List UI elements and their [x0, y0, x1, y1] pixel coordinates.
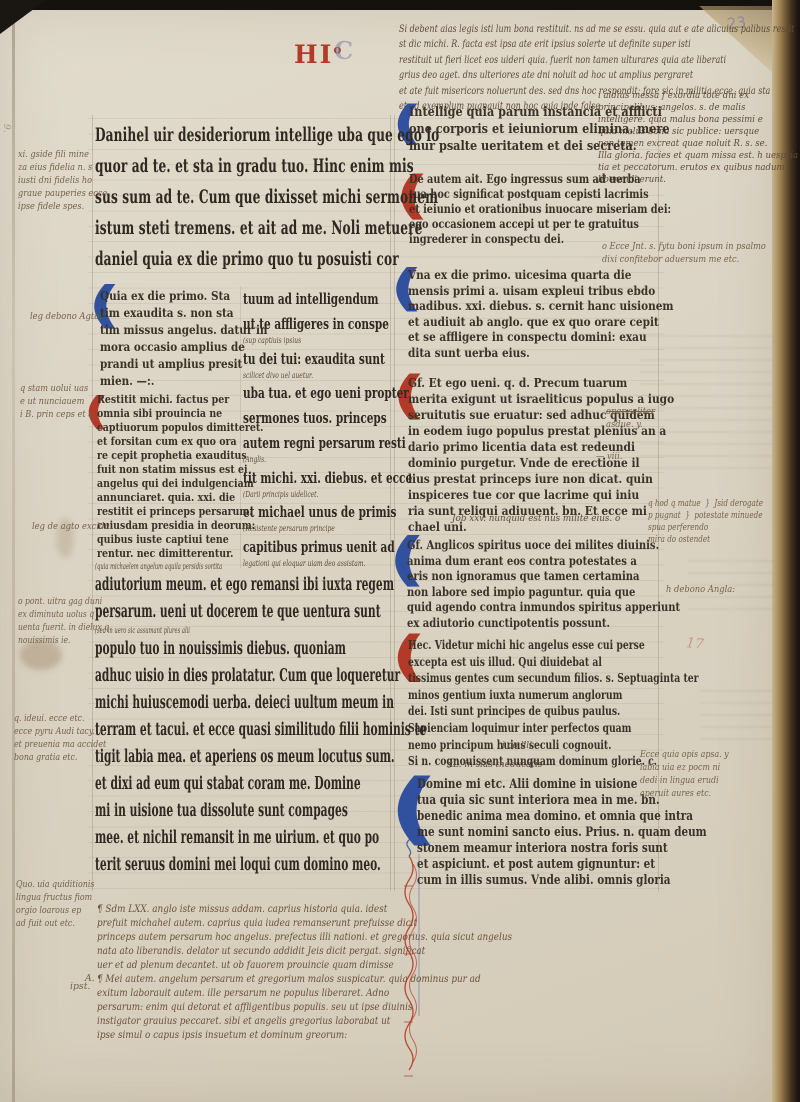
text-line: o pont. uitra gag duni [18, 595, 89, 608]
text-line: ipse fidele spes. [18, 200, 87, 213]
text-line: et ieiunio et orationibus inuocare miser… [409, 202, 613, 217]
text-line: ex adiutorio cunctipotentis possunt. [407, 615, 612, 631]
bible-subcolumn: tuum ad intelligendumut te affligeres in… [243, 287, 390, 569]
text-line: anima dum erant eos contra potestates a [407, 553, 612, 569]
text-line: ingrederer in conspectu dei. [409, 232, 613, 247]
faint-red-mark: 17 [685, 635, 704, 653]
text-line: omnia sibi prouincia ne [97, 406, 218, 420]
text-line: prefuit michahel autem. caprius quia iud… [97, 917, 385, 931]
left-margin-note: o pont. uitra gag duniex diminuta uolus … [18, 595, 104, 647]
text-line: ecce pyru Audi tacy. [14, 725, 87, 738]
text-line: Domine mi etc. Alii domine in uisione [417, 777, 617, 793]
right-margin-note: oper saliterasdue. y. [606, 405, 696, 431]
text-line: mee. et nichil remansit in me uirium. et… [95, 825, 276, 852]
interlinear-gloss: i co illi [502, 741, 532, 751]
text-line: uer et ad plenum decantet. ut ob fauorem… [97, 959, 385, 973]
bottom-gloss-block: ¶ Sdm LXX. anglo iste missus addam. capr… [97, 903, 417, 1043]
spine-fold-shadow [12, 8, 15, 1102]
text-line: one corporis et ieiuniorum elimina. mere [409, 121, 633, 138]
left-margin-note: leg debono Agto. [30, 310, 110, 323]
text-line: (sup captiuis ipsius [243, 337, 346, 347]
left-margin-note: q stam uolui uase ut nunciauemi B. prin … [20, 382, 100, 421]
text-line: in eodem iugo populus prestat plenius an… [408, 423, 625, 439]
text-line: capitibus primus uenit ad [243, 535, 346, 560]
text-line: De autem ait. Ego ingressus sum ad uerba [409, 172, 613, 187]
text-line: non labore sed impio paguntur. quia que [407, 584, 612, 600]
text-line: terram et tacui. et ecce quasi similitud… [95, 717, 276, 744]
text-line: uenta fuerit. in dielux q [18, 621, 89, 634]
commentary-quia-ex-die: Quia ex die primo. Statim exaudita s. no… [100, 288, 240, 390]
text-line: mien. —:. [100, 373, 222, 390]
text-line: et audiuit ab anglo. que ex quo orare ce… [408, 314, 622, 330]
text-line: annunciaret. quia. xxi. die [97, 490, 218, 504]
text-line: — viii. [596, 450, 650, 463]
text-line: dita sunt uerba eius. [408, 345, 622, 361]
text-line: angelus qui dei indulgenciam [97, 476, 218, 490]
text-line: ipse simul o capus ipsis insuetum et dom… [97, 1029, 385, 1043]
text-line: Quo. uia quiditionis [16, 878, 89, 891]
spine-edge-mark: 9. [1, 124, 11, 133]
text-line: re cepit prophetia exauditus [97, 448, 218, 462]
text-line: me sunt nomini sancto eius. Prius. n. qu… [417, 825, 617, 841]
text-line: quibus iuste captiui tene [97, 532, 218, 546]
text-line: Restitit michi. factus per [97, 392, 218, 406]
text-line: exitum laborauit autem. ille persarum ne… [97, 987, 385, 1001]
text-line: quor ad te. et sta in gradu tuo. Hinc en… [95, 151, 283, 182]
text-line: Hec. Videtur michi hic angelus esse cui … [408, 637, 597, 654]
pen-flourish-line [399, 820, 425, 1094]
text-line: mora occasio amplius de [100, 339, 222, 356]
text-line: leg debono Agto. [30, 310, 102, 323]
text-line: (Darii principis uidelicet. [243, 491, 346, 501]
text-line: cum in illis sumus. Vnde alibi. omnis gl… [417, 873, 617, 889]
text-line: labia uia ez pocm ni [640, 761, 759, 774]
text-line: orgio loarous ep [16, 904, 89, 917]
text-line: benedic anima mea domino. et omnia que i… [417, 809, 617, 825]
text-line: dei. Isti sunt principes de quibus paulu… [408, 703, 597, 720]
scan-background-top-edge [0, 0, 800, 10]
text-line: persarum. ueni ut docerem te que uentura… [95, 599, 276, 626]
text-line: h debono Angla: [666, 583, 765, 596]
text-line: tim missus angelus. datur in [100, 322, 222, 339]
text-line: ex diminuta uolus q [18, 608, 89, 621]
text-line: Si debent aias legis isti lum bona resti… [399, 22, 691, 37]
ink-offset-mark: C [334, 36, 353, 65]
text-line: Sapienciam loquimur inter perfectos quam [408, 720, 597, 737]
manuscript-scan: { "page": { "folio_number": "23", "headi… [0, 0, 800, 1102]
commentary-domine: Domine mi etc. Alii domine in uisionetua… [417, 777, 667, 889]
text-line: bona gratia etc. [14, 751, 87, 764]
text-line: tit michi. xxi. diebus. et ecce [243, 466, 346, 491]
text-line: xi. gside fili mine [18, 148, 87, 161]
text-line: st dic michi. R. facta est ipsa ate erit… [399, 37, 691, 52]
text-line: Gf. Anglicos spiritus uoce dei milites d… [407, 537, 612, 553]
text-line: madibus. xxi. diebus. s. cernit hanc uis… [408, 298, 622, 314]
text-line: nouissimis ie. [18, 634, 89, 647]
text-line: michi huiuscemodi uerba. deieci uultum m… [95, 690, 276, 717]
text-line: q. ideui. ecce etc. [14, 712, 87, 725]
left-margin-note: q. ideui. ecce etc.ecce pyru Audi tacy.e… [14, 712, 100, 764]
text-line: merita exigunt ut israeliticus populus a… [408, 391, 625, 407]
text-line: aperuit aures etc. [640, 787, 759, 800]
text-line: tu dei tui: exaudita sunt [243, 347, 346, 372]
text-line: Gf. Et ego ueni. q. d. Precum tuarum [408, 375, 625, 391]
text-line: za eius fidelia n. s [18, 161, 87, 174]
text-line: et forsitan cum ex quo ora [97, 434, 218, 448]
interlinear-job-citation: Job xxv. nunquid est nus milite eius. o [452, 514, 620, 524]
right-margin-note: — viii. [596, 450, 656, 463]
text-line: Ecce quia opis apsa. y [640, 748, 759, 761]
text-line: persarum: enim qui detorat et affligenti… [97, 1001, 385, 1015]
text-line: fuit non statim missus est ei [97, 462, 218, 476]
text-line: e ut nunciauem [20, 395, 90, 408]
text-line: mi in uisione tua dissolute sunt compage… [95, 798, 276, 825]
text-line: mur psalte ueritatem et dei secreta. [409, 138, 633, 155]
text-line: et preuenia ma accidet [14, 738, 87, 751]
text-line: i aldius messa f exordia tote dni ex [598, 90, 760, 102]
text-line: dixi confitebor aduersum me etc. [602, 253, 753, 266]
text-line: tissimus gentes cum secundum filios. s. … [408, 670, 597, 687]
text-line: tuum ad intelligendum [243, 287, 346, 312]
text-line: tim exaudita s. non sta [100, 305, 222, 322]
text-line: autem regni persarum resti [243, 431, 346, 456]
text-line: asdue. y. [606, 418, 687, 431]
text-line: (Anglis. [243, 456, 346, 466]
text-line: restitit ei princeps persarum. [97, 504, 218, 518]
text-line: prandi ut amplius presit [100, 356, 222, 373]
text-line: Vna ex die primo. uicesima quarta die [408, 267, 622, 283]
text-line: q stam uolui uas [20, 382, 90, 395]
text-line: ad fuit out etc. [16, 917, 89, 930]
text-line: rentur. nec dimitterentur. [97, 546, 218, 560]
commentary-uidetur: Hec. Videtur michi hic angelus esse cui … [408, 637, 664, 770]
text-line: uba tua. et ego ueni propter [243, 381, 346, 406]
text-line: oper saliter [606, 405, 687, 418]
text-line: et dixi ad eum qui stabat coram me. Domi… [95, 771, 276, 798]
text-line: sermones tuos. princeps [243, 406, 346, 431]
left-margin-note: A. [85, 972, 115, 985]
commentary-anglicos: Gf. Anglicos spiritus uoce dei milites d… [407, 537, 663, 630]
right-margin-bracket-note: q hod q matue } Jsid derogatep pugnat } … [648, 498, 798, 546]
left-margin-note: leg de agto excidu. [32, 520, 112, 533]
text-line: restituit ut fieri licet eos uideri quia… [399, 53, 691, 68]
text-line: ego occasionem accepi ut per te gratuitu… [409, 217, 613, 232]
text-line: stonem meamur interiora nostra foris sun… [417, 841, 617, 857]
ink-bleedthrough [700, 690, 772, 744]
text-line: sus sum ad te. Cum que dixisset michi se… [95, 182, 283, 213]
text-line: ¶ Mei autem. angelum persarum et gregori… [97, 973, 385, 987]
text-line: captiuorum populos dimitteret. [97, 420, 218, 434]
text-line: mira do ostendet [648, 534, 771, 546]
text-line: (Resistente persarum principe [243, 525, 346, 535]
right-margin-note: o Ecce Jnt. s. fytu boni ipsum in psalmo… [602, 240, 774, 266]
text-line: dominio purgetur. Vnde de erectione il [408, 455, 625, 471]
text-line: lingua fructus fiom [16, 891, 89, 904]
text-line: Intellige quia parum instancia et afflic… [409, 104, 633, 121]
text-line: q hod q matue } Jsid derogate [648, 498, 771, 510]
commentary-restitit: Restitit michi. factus peromnia sibi pro… [97, 392, 245, 560]
text-line: adiutorium meum. et ego remansi ibi iuxt… [95, 572, 276, 599]
text-line: grius deo aget. dns ulteriores ate dni n… [399, 68, 691, 83]
text-line: leg de agto excidu. [32, 520, 104, 533]
text-line: inspiceres tue cor que lacrime qui iniu [408, 487, 625, 503]
interlinear-gloss: xL. in slas theducatis [448, 760, 542, 770]
text-line: terit seruus domini mei loqui cum domino… [95, 852, 276, 879]
text-line: excepta est uis illud. Qui diuidebat al [408, 654, 597, 671]
text-line: instigator grauius peccaret. sibi et ang… [97, 1015, 385, 1029]
bible-text-continued: (quia michaelem angelum aquila persidis … [95, 562, 391, 879]
text-line: mensis primi a. uisam expleui tribus ebd… [408, 283, 622, 299]
text-line: et aspiciunt. et post autem gignuntur: e… [417, 857, 617, 873]
text-line: Quia ex die primo. Sta [100, 288, 222, 305]
text-line: graue pauperies ecce [18, 187, 87, 200]
text-line: A. [85, 972, 115, 985]
left-margin-note: Quo. uia quiditionislingua fructus fiomo… [16, 878, 102, 930]
text-line: Danihel uir desideriorum intellige uba q… [95, 120, 283, 151]
text-line: quid agendo contra inmundos spiritus app… [407, 599, 612, 615]
text-line: spua perferendo [648, 522, 771, 534]
text-line: tigit labia mea. et aperiens os meum loc… [95, 744, 276, 771]
text-line: (quia michaelem angelum aquila persidis … [95, 562, 276, 572]
text-line: istum steti tremens. et ait ad me. Noli … [95, 213, 283, 244]
text-line: tua hoc significat postquam cepisti lacr… [409, 187, 613, 202]
right-margin-note: Ecce quia opis apsa. ylabia uia ez pocm … [640, 748, 780, 800]
text-line: daniel quia ex die primo quo tu posuisti… [95, 244, 283, 275]
text-line: et michael unus de primis [243, 500, 346, 525]
commentary-de-autem: De autem ait. Ego ingressus sum ad uerba… [409, 172, 664, 247]
text-line: ut te affligeres in conspe [243, 312, 346, 337]
text-line: princeps autem persarum hoc angelus. pre… [97, 931, 385, 945]
text-line: seruitutis sue eruatur: sed adhuc quidem [408, 407, 625, 423]
text-line: i B. prin ceps et a. [20, 408, 90, 421]
text-line: (sed in uero sic assumant plures alii [95, 626, 276, 636]
commentary-intellige: Intellige quia parum instancia et afflic… [409, 104, 664, 155]
text-line: dedi in lingua erudi [640, 774, 759, 787]
text-line: nata ato liberandis. delator ut secundo … [97, 945, 385, 959]
text-line: tua quia sic sunt interiora mea in me. b… [417, 793, 617, 809]
commentary-una-ex-die: Vna ex die primo. uicesima quarta diemen… [408, 267, 663, 360]
right-margin-note: h debono Angla: [666, 583, 776, 596]
text-line: populo tuo in nouissimis diebus. quoniam [95, 636, 276, 663]
text-line: dario primo licentia data est redeundi [408, 439, 625, 455]
text-line: ¶ Sdm LXX. anglo iste missus addam. capr… [97, 903, 385, 917]
text-line: minos gentium iuxta numerum anglorum [408, 687, 597, 704]
left-margin-note: xi. gside fili mineza eius fidelia n. si… [18, 148, 96, 213]
bible-text-daniel: Danihel uir desideriorum intellige uba q… [95, 120, 389, 275]
text-line: lius prestat princeps iure non dicat. qu… [408, 471, 625, 487]
text-line: p pugnat } potestate minuede [648, 510, 771, 522]
text-line: cuiusdam presidia in deorum: [97, 518, 218, 532]
text-line: o Ecce Jnt. s. fytu boni ipsum in psalmo [602, 240, 753, 253]
text-line: adhuc uisio in dies prolatatur. Cum que … [95, 663, 276, 690]
text-line: scilicet divo uel auetur. [243, 372, 346, 382]
text-line: eris non ignoramus que tamen certamina [407, 568, 612, 584]
text-line: et se affligere in conspectu domini: exa… [408, 329, 622, 345]
ruling-line-vertical [92, 115, 93, 891]
text-line: iusti dni fidelis ho [18, 174, 87, 187]
